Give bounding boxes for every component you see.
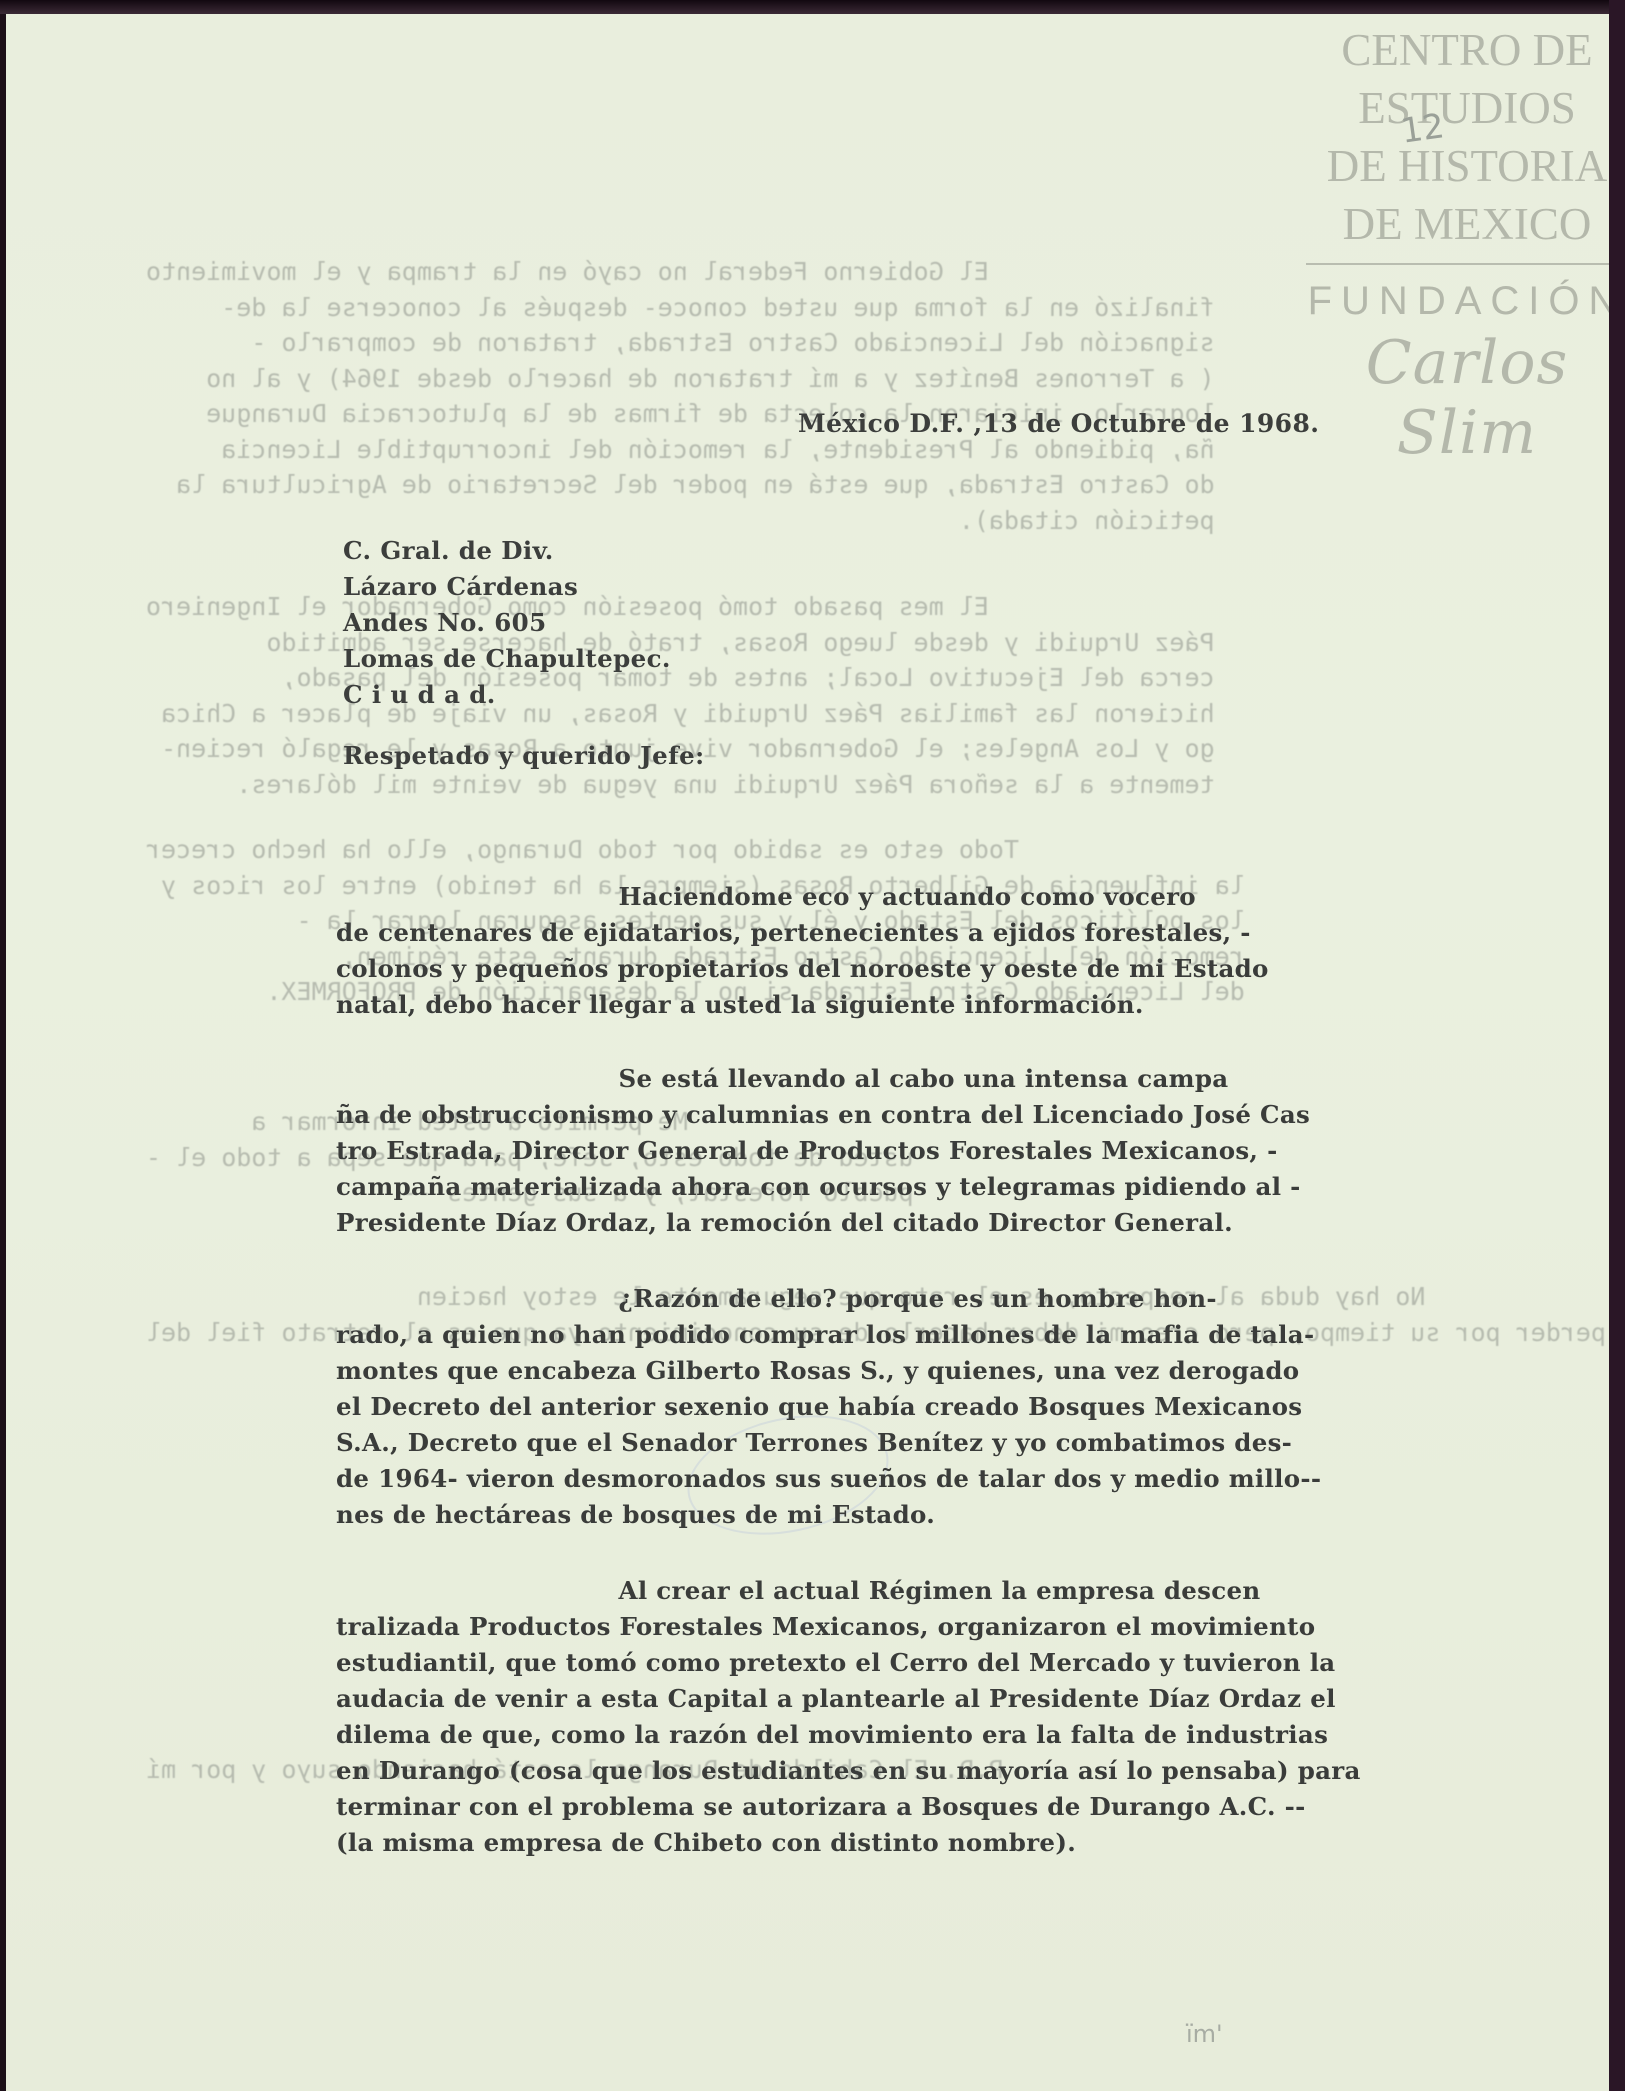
watermark-line-2: ESTUDIOS: [1306, 79, 1625, 137]
recipient-street: Andes No. 605: [343, 605, 547, 641]
footer-bleed-mark: ïm': [1186, 2020, 1223, 2048]
recipient-neighborhood: Lomas de Chapultepec.: [343, 641, 671, 677]
watermark-line-1: CENTRO DE: [1306, 21, 1625, 79]
watermark-foundation: FUNDACIÓN: [1306, 279, 1625, 324]
pencil-page-number: 12: [1398, 106, 1446, 152]
watermark-divider: [1306, 263, 1625, 265]
scan-right-edge: [1609, 0, 1625, 2091]
watermark-line-3: DE HISTORIA: [1306, 137, 1625, 195]
recipient-city: C i u d a d.: [343, 677, 496, 713]
recipient-title: C. Gral. de Div.: [343, 533, 554, 569]
letter-page: CENTRO DE ESTUDIOS DE HISTORIA DE MEXICO…: [6, 10, 1609, 2091]
letter-greeting: Respetado y querido Jefe:: [343, 741, 705, 770]
watermark-line-4: DE MEXICO: [1306, 195, 1625, 253]
scan-top-edge: [0, 0, 1625, 14]
watermark-signature-logo: Carlos Slim: [1306, 328, 1625, 468]
archive-watermark: CENTRO DE ESTUDIOS DE HISTORIA DE MEXICO…: [1306, 21, 1625, 468]
recipient-name: Lázaro Cárdenas: [343, 569, 578, 605]
letter-date: México D.F. ,13 de Octubre de 1968.: [798, 409, 1319, 438]
letter-paragraph-4: Al crear el actual Régimen la empresa de…: [336, 1501, 1361, 1933]
